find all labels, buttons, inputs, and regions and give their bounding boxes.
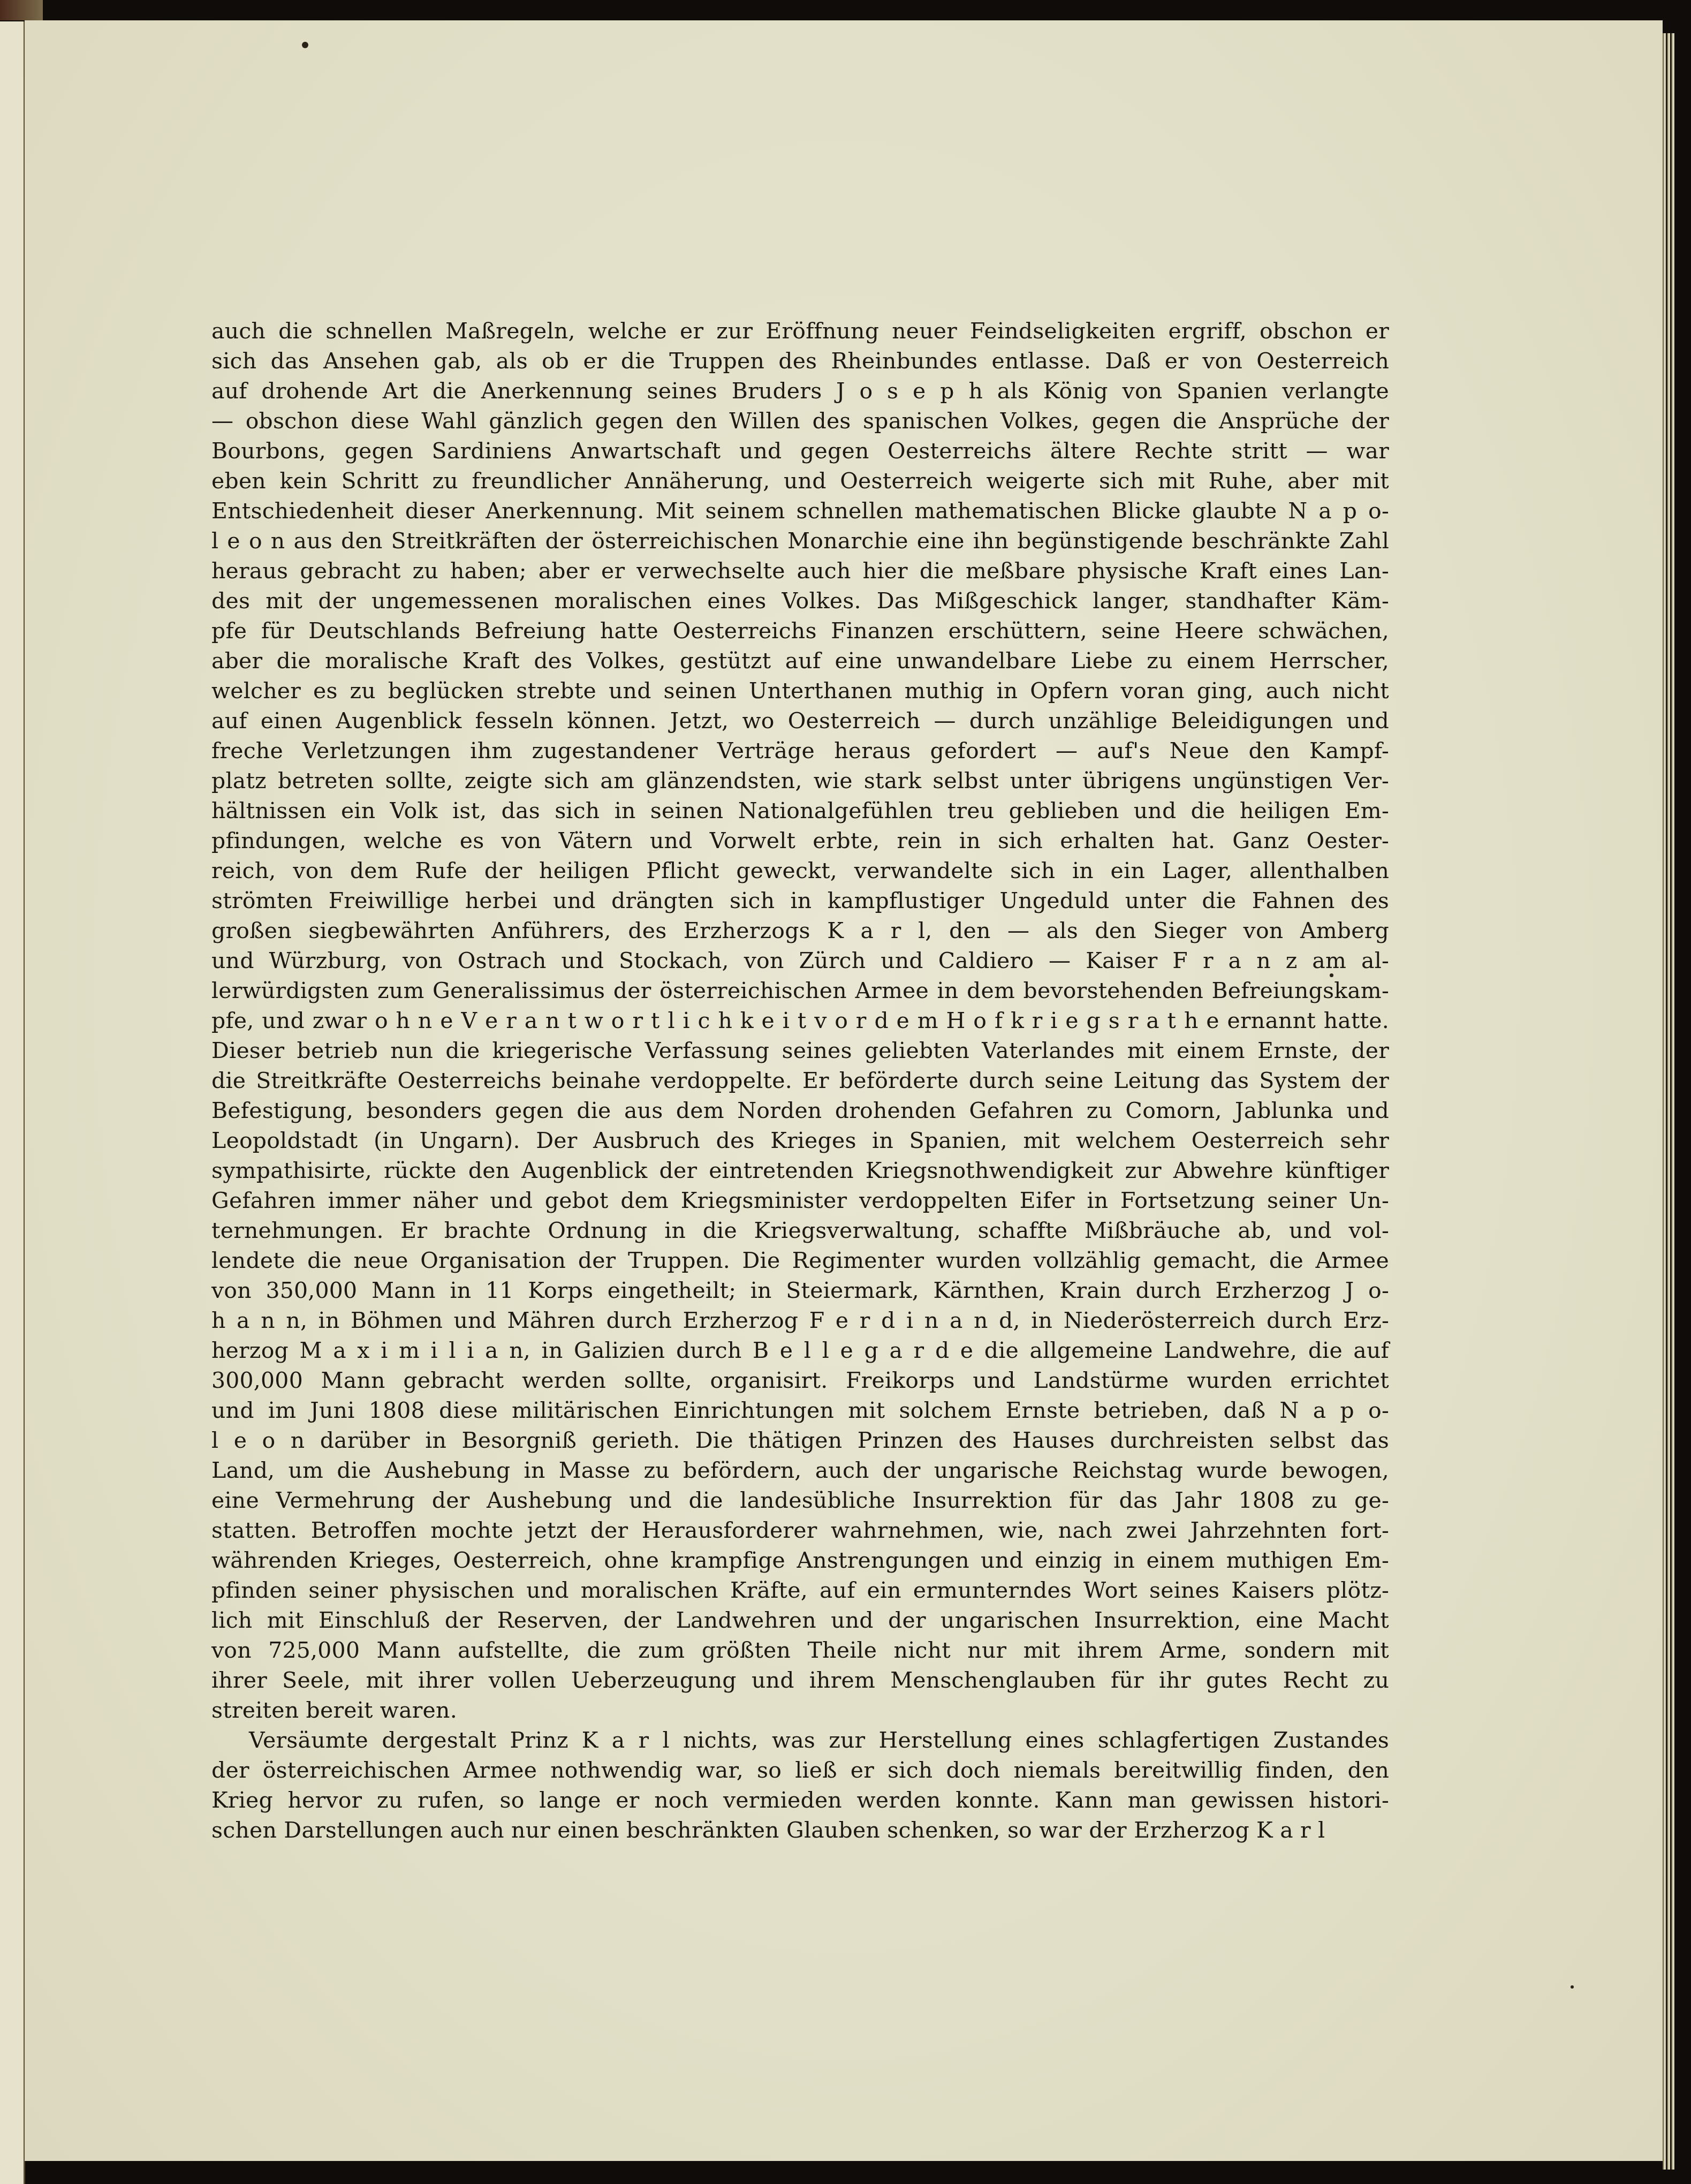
page-stack-edge: [1667, 33, 1670, 2170]
page-stack-edge: [1671, 33, 1674, 2170]
book-cover-corner: [0, 0, 43, 20]
text-line: der österreichischen Armee nothwendig wa…: [211, 1755, 1389, 1785]
text-line: aber die moralische Kraft des Volkes, ge…: [211, 646, 1389, 676]
text-line: h a n n, in Böhmen und Mähren durch Erzh…: [211, 1305, 1389, 1335]
text-line: auf einen Augenblick fesseln können. Jet…: [211, 706, 1389, 736]
text-line: großen siegbewährten Anführers, des Erzh…: [211, 916, 1389, 946]
text-line: streiten bereit waren.: [211, 1695, 1389, 1725]
text-line: Krieg hervor zu rufen, so lange er noch …: [211, 1785, 1389, 1815]
text-line: ternehmungen. Er brachte Ordnung in die …: [211, 1215, 1389, 1245]
previous-page-edge: [0, 21, 25, 2184]
text-line: und im Juni 1808 diese militärischen Ein…: [211, 1395, 1389, 1425]
text-line: lerwürdigsten zum Generalissimus der öst…: [211, 976, 1389, 1006]
text-line: lendete die neue Organisation der Truppe…: [211, 1245, 1389, 1275]
text-line: welcher es zu beglücken strebte und sein…: [211, 676, 1389, 706]
text-line: auf drohende Art die Anerkennung seines …: [211, 376, 1389, 406]
text-line: auch die schnellen Maßregeln, welche er …: [211, 316, 1389, 346]
text-line: die Streitkräfte Oesterreichs beinahe ve…: [211, 1065, 1389, 1095]
text-line: Land, um die Aushebung in Masse zu beför…: [211, 1455, 1389, 1485]
text-line: l e o n aus den Streitkräften der österr…: [211, 526, 1389, 556]
text-line: herzog M a x i m i l i a n, in Galizien …: [211, 1335, 1389, 1365]
text-line: l e o n darüber in Besorgniß gerieth. Di…: [211, 1425, 1389, 1455]
text-line: freche Verletzungen ihm zugestandener Ve…: [211, 736, 1389, 766]
text-line: heraus gebracht zu haben; aber er verwec…: [211, 556, 1389, 586]
text-line: des mit der ungemessenen moralischen ein…: [211, 586, 1389, 616]
text-line: pfe, und zwar o h n e V e r a n t w o r …: [211, 1006, 1389, 1036]
text-line: von 350,000 Mann in 11 Korps eingetheilt…: [211, 1275, 1389, 1305]
text-line: pfe für Deutschlands Befreiung hatte Oes…: [211, 616, 1389, 646]
paragraph-1: auch die schnellen Maßregeln, welche er …: [211, 316, 1389, 1725]
ink-speck: [302, 42, 308, 48]
text-line: Befestigung, besonders gegen die aus dem…: [211, 1095, 1389, 1125]
ink-speck: [1571, 1985, 1574, 1989]
body-text: auch die schnellen Maßregeln, welche er …: [211, 316, 1389, 1845]
text-line: Bourbons, gegen Sardiniens Anwartschaft …: [211, 436, 1389, 466]
text-line: — obschon diese Wahl gänzlich gegen den …: [211, 406, 1389, 436]
text-line: eine Vermehrung der Aushebung und die la…: [211, 1485, 1389, 1515]
text-line: pfindungen, welche es von Vätern und Vor…: [211, 826, 1389, 856]
text-line: Versäumte dergestalt Prinz K a r l nicht…: [211, 1725, 1389, 1755]
text-line: schen Darstellungen auch nur einen besch…: [211, 1815, 1389, 1845]
text-line: von 725,000 Mann aufstellte, die zum grö…: [211, 1635, 1389, 1665]
text-line: lich mit Einschluß der Reserven, der Lan…: [211, 1605, 1389, 1635]
text-line: 300,000 Mann gebracht werden sollte, org…: [211, 1365, 1389, 1395]
text-line: und Würzburg, von Ostrach und Stockach, …: [211, 946, 1389, 976]
text-line: ihrer Seele, mit ihrer vollen Ueberzeugu…: [211, 1665, 1389, 1695]
paragraph-2: Versäumte dergestalt Prinz K a r l nicht…: [211, 1725, 1389, 1845]
page-stack-edge: [1663, 33, 1666, 2170]
text-line: hältnissen ein Volk ist, das sich in sei…: [211, 796, 1389, 826]
text-line: statten. Betroffen mochte jetzt der Hera…: [211, 1515, 1389, 1545]
text-line: Dieser betrieb nun die kriegerische Verf…: [211, 1036, 1389, 1065]
text-line: platz betreten sollte, zeigte sich am gl…: [211, 766, 1389, 796]
text-line: Gefahren immer näher und gebot dem Krieg…: [211, 1185, 1389, 1215]
text-line: Leopoldstadt (in Ungarn). Der Ausbruch d…: [211, 1125, 1389, 1155]
text-line: strömten Freiwillige herbei und drängten…: [211, 886, 1389, 916]
text-line: eben kein Schritt zu freundlicher Annähe…: [211, 466, 1389, 496]
text-line: sich das Ansehen gab, als ob er die Trup…: [211, 346, 1389, 376]
text-line: sympathisirte, rückte den Augenblick der…: [211, 1155, 1389, 1185]
text-line: währenden Krieges, Oesterreich, ohne kra…: [211, 1545, 1389, 1575]
text-line: Entschiedenheit dieser Anerkennung. Mit …: [211, 496, 1389, 526]
text-line: pfinden seiner physischen und moralische…: [211, 1575, 1389, 1605]
text-line: reich, von dem Rufe der heiligen Pflicht…: [211, 856, 1389, 886]
